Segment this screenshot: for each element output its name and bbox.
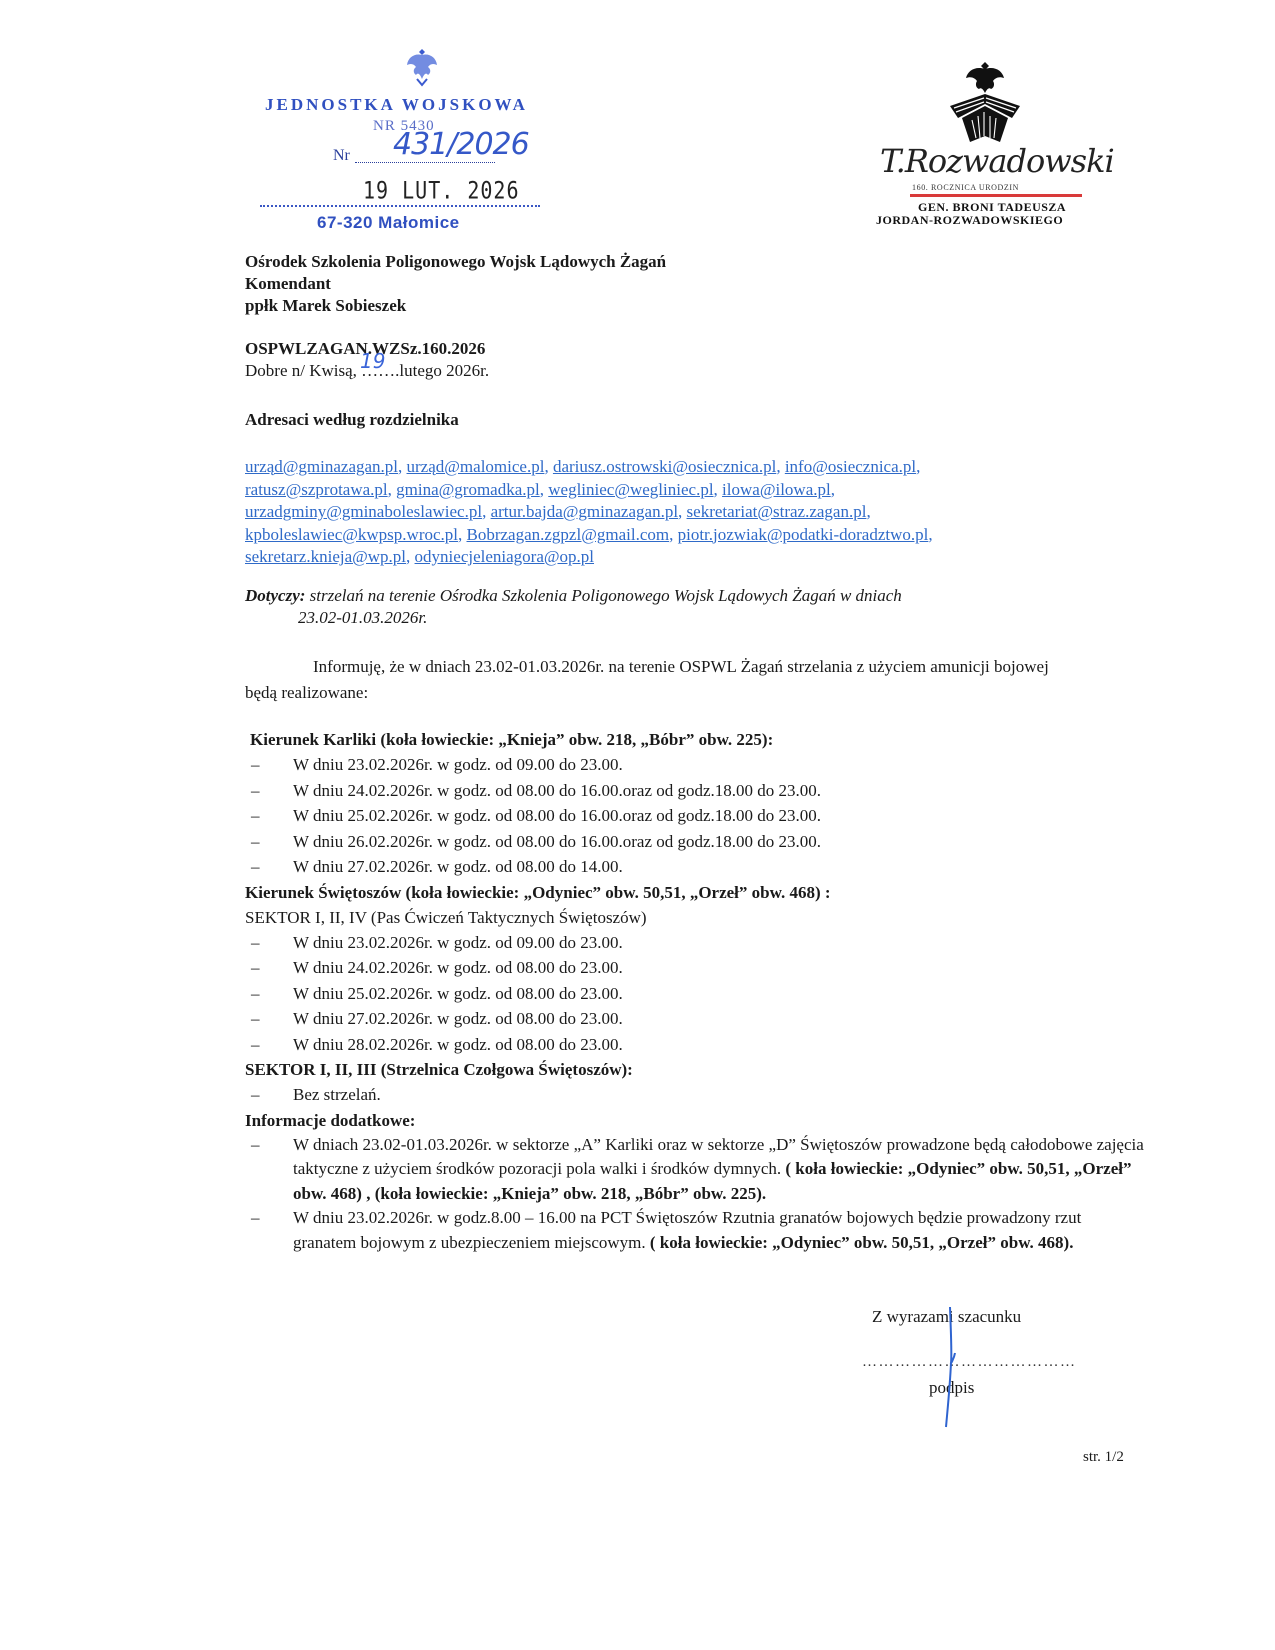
list-item: – W dniu 23.02.2026r. w godz.8.00 – 16.0… (245, 1206, 1145, 1255)
list-item-text: W dniu 28.02.2026r. w godz. od 08.00 do … (293, 1032, 1145, 1058)
email-link[interactable]: wegliniec@wegliniec.pl (548, 480, 713, 499)
page-number: str. 1/2 (1083, 1447, 1124, 1468)
list-dash: – (245, 854, 293, 880)
email-link[interactable]: gmina@gromadka.pl (396, 480, 540, 499)
schedule-body: Kierunek Karliki (koła łowieckie: „Kniej… (245, 727, 1145, 1255)
list-dash: – (245, 955, 293, 981)
karliki-list: –W dniu 23.02.2026r. w godz. od 09.00 do… (245, 752, 1145, 880)
sector2-list: –Bez strzelań. (245, 1082, 1145, 1108)
list-item: –W dniu 28.02.2026r. w godz. od 08.00 do… (245, 1032, 1145, 1058)
addressees-heading: Adresaci według rozdzielnika (245, 409, 459, 430)
email-link[interactable]: odyniecjeleniagora@op.pl (415, 547, 594, 566)
list-item: –W dniu 25.02.2026r. w godz. od 08.00 do… (245, 981, 1145, 1007)
intro-paragraph: Informuję, że w dniach 23.02-01.03.2026r… (245, 654, 1135, 706)
sector2-heading: SEKTOR I, II, III (Strzelnica Czołgowa Ś… (245, 1057, 1145, 1082)
intro-line1: Informuję, że w dniach 23.02-01.03.2026r… (245, 654, 1135, 680)
emblem-red-line (910, 194, 1082, 197)
email-link[interactable]: urząd@gminazagan.pl (245, 457, 398, 476)
list-item: – W dniach 23.02-01.03.2026r. w sektorze… (245, 1133, 1145, 1207)
eagle-wings-logo-icon (940, 60, 1030, 145)
list-item: –W dniu 24.02.2026r. w godz. od 08.00 do… (245, 778, 1145, 804)
list-dash: – (245, 829, 293, 855)
stamp-registration-number: 431/2026 (393, 127, 529, 162)
reference-block: OSPWLZAGAN.WZSz.160.2026 Dobre n/ Kwisą,… (245, 338, 489, 382)
list-item-text: W dniu 25.02.2026r. w godz. od 08.00 do … (293, 803, 1145, 829)
list-item: –W dniu 27.02.2026r. w godz. od 08.00 do… (245, 1006, 1145, 1032)
list-dash: – (245, 1206, 293, 1255)
emblem-anniversary: 160. ROCZNICA URODZIN (912, 183, 1019, 192)
list-item-text: W dniu 25.02.2026r. w godz. od 08.00 do … (293, 981, 1145, 1007)
subject-line1: strzelań na terenie Ośrodka Szkolenia Po… (305, 586, 901, 605)
email-link[interactable]: sekretarz.knieja@wp.pl (245, 547, 406, 566)
eagle-emblem-icon (405, 45, 439, 87)
list-dash: – (245, 803, 293, 829)
emblem-name-line2: JORDAN-ROZWADOWSKIEGO (876, 213, 1063, 228)
sector1-heading: SEKTOR I, II, IV (Pas Ćwiczeń Taktycznyc… (245, 905, 1145, 930)
list-item: –Bez strzelań. (245, 1082, 1145, 1108)
list-item-text: W dniu 27.02.2026r. w godz. od 08.00 do … (293, 854, 1145, 880)
handwritten-day: 19 (360, 350, 385, 372)
list-dash: – (245, 930, 293, 956)
list-dash: – (245, 1006, 293, 1032)
email-link[interactable]: dariusz.ostrowski@osiecznica.pl (553, 457, 776, 476)
list-dash: – (245, 752, 293, 778)
list-item-text: W dniu 24.02.2026r. w godz. od 08.00 do … (293, 778, 1145, 804)
sender-name: ppłk Marek Sobieszek (245, 295, 666, 317)
place-date-suffix: lutego 2026r. (399, 361, 489, 380)
stamp-date: 19 LUT. 2026 (363, 176, 520, 205)
additional-list: – W dniach 23.02-01.03.2026r. w sektorze… (245, 1133, 1145, 1256)
list-item: –W dniu 26.02.2026r. w godz. od 08.00 do… (245, 829, 1145, 855)
additional-item2-bold: ( koła łowieckie: „Odyniec” obw. 50,51, … (650, 1233, 1074, 1252)
list-item-text: W dniu 24.02.2026r. w godz. od 08.00 do … (293, 955, 1145, 981)
list-dash: – (245, 1032, 293, 1058)
list-item: –W dniu 27.02.2026r. w godz. od 08.00 do… (245, 854, 1145, 880)
list-item-text: W dniu 26.02.2026r. w godz. od 08.00 do … (293, 829, 1145, 855)
swietoszow-heading: Kierunek Świętoszów (koła łowieckie: „Od… (245, 880, 1145, 905)
list-item: –W dniu 23.02.2026r. w godz. od 09.00 do… (245, 752, 1145, 778)
handwritten-signature-icon (942, 1305, 962, 1430)
list-dash: – (245, 981, 293, 1007)
sender-institution: Ośrodek Szkolenia Poligonowego Wojsk Ląd… (245, 251, 666, 273)
sender-role: Komendant (245, 273, 666, 295)
email-link[interactable]: piotr.jozwiak@podatki-doradztwo.pl (678, 525, 929, 544)
email-link[interactable]: urzadgminy@gminaboleslawiec.pl (245, 502, 482, 521)
subject-label: Dotyczy: (245, 586, 305, 605)
sender-block: Ośrodek Szkolenia Poligonowego Wojsk Ląd… (245, 251, 666, 317)
list-item-text: W dniu 27.02.2026r. w godz. od 08.00 do … (293, 1006, 1145, 1032)
emblem-signature: T.Rozwadowski (880, 142, 1114, 180)
karliki-heading: Kierunek Karliki (koła łowieckie: „Kniej… (245, 727, 1145, 752)
list-dash: – (245, 1133, 293, 1207)
email-link[interactable]: sekretariat@straz.zagan.pl (687, 502, 867, 521)
list-dash: – (245, 778, 293, 804)
email-link[interactable]: ilowa@ilowa.pl (722, 480, 831, 499)
stamp-nr-label: Nr (333, 147, 350, 165)
list-item: –W dniu 24.02.2026r. w godz. od 08.00 do… (245, 955, 1145, 981)
list-item-text: W dniu 23.02.2026r. w godz. od 09.00 do … (293, 752, 1145, 778)
intro-line2: będą realizowane: (245, 680, 1135, 706)
email-link[interactable]: urząd@malomice.pl (407, 457, 545, 476)
list-item: –W dniu 25.02.2026r. w godz. od 08.00 do… (245, 803, 1145, 829)
email-link[interactable]: Bobrzagan.zgpzl@gmail.com (467, 525, 670, 544)
stamp-unit-name: JEDNOSTKA WOJSKOWA (265, 95, 528, 115)
place-date-prefix: Dobre n/ Kwisą, (245, 361, 361, 380)
stamp-city: 67-320 Małomice (317, 213, 460, 233)
list-dash: – (245, 1082, 293, 1108)
email-link[interactable]: artur.bajda@gminazagan.pl (491, 502, 678, 521)
signature-line: ………………………………… (862, 1352, 1077, 1373)
email-link[interactable]: ratusz@szprotawa.pl (245, 480, 388, 499)
sector1-list: –W dniu 23.02.2026r. w godz. od 09.00 do… (245, 930, 1145, 1058)
addressee-email-list: urząd@gminazagan.pl, urząd@malomice.pl, … (245, 456, 1045, 569)
subject-block: Dotyczy: strzelań na terenie Ośrodka Szk… (245, 585, 902, 629)
email-link[interactable]: info@osiecznica.pl (785, 457, 916, 476)
list-item-text: Bez strzelań. (293, 1082, 1145, 1108)
subject-line2: 23.02-01.03.2026r. (245, 607, 902, 629)
place-date: Dobre n/ Kwisą, …….lutego 2026r. 19 (245, 360, 489, 382)
stamp-nr-line (355, 162, 495, 163)
additional-heading: Informacje dodatkowe: (245, 1108, 1145, 1133)
email-link[interactable]: kpboleslawiec@kwpsp.wroc.pl (245, 525, 458, 544)
military-unit-stamp: JEDNOSTKA WOJSKOWA NR 5430 Nr 431/2026 1… (255, 45, 565, 235)
anniversary-emblem: T.Rozwadowski 160. ROCZNICA URODZIN GEN.… (870, 60, 1100, 230)
stamp-divider (260, 205, 540, 207)
list-item-text: W dniu 23.02.2026r. w godz. od 09.00 do … (293, 930, 1145, 956)
list-item: –W dniu 23.02.2026r. w godz. od 09.00 do… (245, 930, 1145, 956)
